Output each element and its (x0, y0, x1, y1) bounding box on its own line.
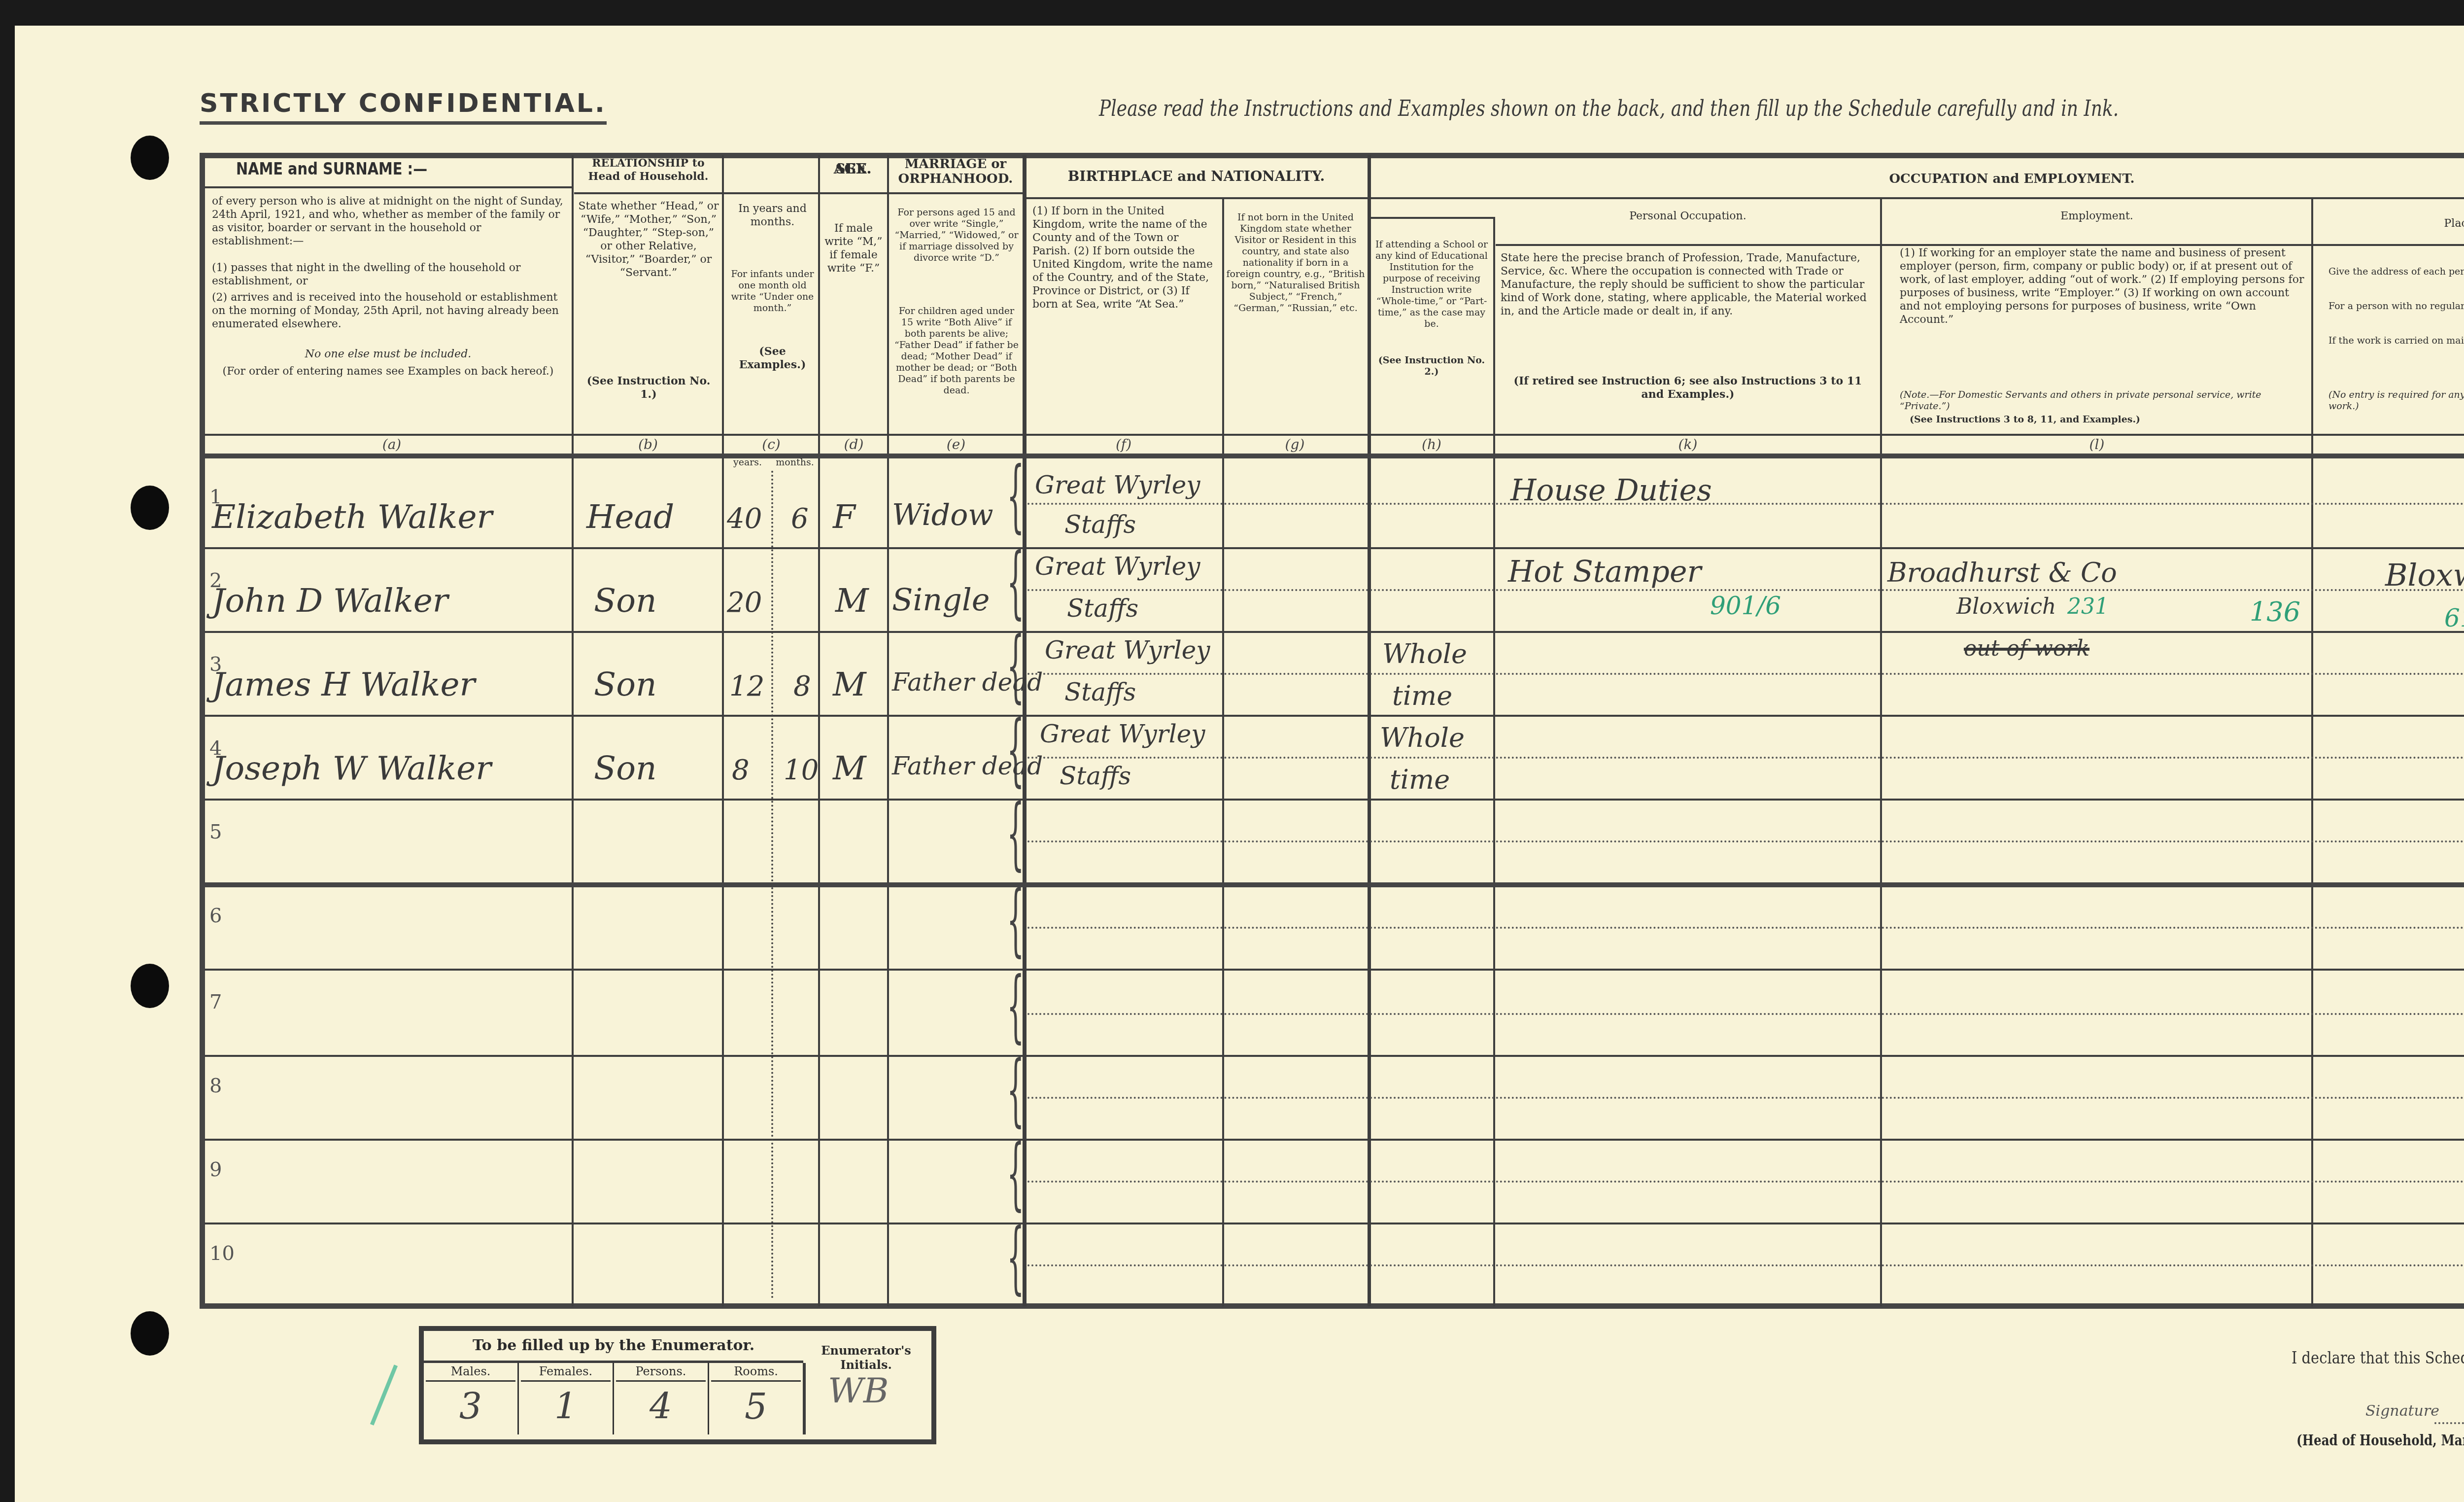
page-title: STRICTLY CONFIDENTIAL. (200, 89, 607, 125)
employment-status: out of work (1964, 636, 2089, 661)
relationship: Son (594, 582, 656, 620)
enumerator-initials: WB (828, 1370, 889, 1411)
signature-note: (Head of Household, Manager of Establish… (2296, 1432, 2464, 1449)
col-a-order: (For order of entering names see Example… (212, 365, 564, 378)
brace-glyph: { (1007, 1139, 1025, 1208)
males-cell: Males. 3 (424, 1363, 519, 1434)
col-k-title: Personal Occupation. (1496, 210, 1880, 223)
row-number: 5 (209, 821, 222, 843)
females-label: Females. (521, 1363, 611, 1382)
col-a-letter: (a) (212, 436, 572, 453)
signature-label: Signature (2365, 1402, 2439, 1420)
col-b-ref: (See Instruction No. 1.) (578, 375, 719, 401)
col-d-body: If male write “M,” if female write “F.” (822, 222, 885, 275)
col-h-letter: (h) (1370, 436, 1493, 453)
employer-location: Bloxwich (1956, 594, 2056, 619)
punch-hole (131, 1311, 169, 1356)
birthplace-county: Staffs (1060, 762, 1131, 790)
col-l-body: (1) If working for an employer state the… (1900, 246, 2306, 326)
punch-hole (131, 486, 169, 530)
birthplace-town: Great Wyrley (1045, 636, 1210, 664)
person-name: Joseph W Walker (212, 749, 491, 787)
col-b-title: RELATIONSHIP to Head of Household. (576, 157, 721, 183)
occupation-group-title: OCCUPATION and EMPLOYMENT. (1370, 170, 2464, 188)
brace-glyph: { (1007, 885, 1025, 954)
brace-glyph: { (1007, 461, 1025, 530)
age-months: 8 (793, 670, 811, 702)
place-of-work: Bloxwich (2385, 557, 2464, 593)
signature-line (2434, 1422, 2464, 1424)
rooms-label: Rooms. (711, 1363, 801, 1382)
col-c-body: In years and months. (729, 202, 816, 229)
col-a-item2: (2) arrives and is received into the hou… (212, 291, 564, 331)
brace-glyph: { (1007, 799, 1025, 868)
persons-cell: Persons. 4 (614, 1363, 709, 1434)
marriage-status: Father dead (892, 752, 1043, 780)
col-m-body3: If the work is carried on mainly at home… (2328, 335, 2464, 347)
col-a-title: NAME and SURNAME :— (236, 160, 454, 178)
col-d-title: SEX. (822, 160, 885, 178)
sex: F (833, 498, 856, 536)
employer-name: Broadhurst & Co (1887, 557, 2117, 588)
persons-value: 4 (614, 1382, 708, 1431)
females-cell: Females. 1 (519, 1363, 614, 1434)
occupation: Hot Stamper (1508, 555, 1701, 589)
persons-label: Persons. (616, 1363, 706, 1382)
relationship: Son (594, 749, 656, 787)
age-months: 10 (784, 754, 819, 786)
col-a-body: of every person who is alive at midnight… (212, 195, 564, 248)
col-l-ref: (See Instructions 3 to 8, 11, and Exampl… (1910, 414, 2306, 425)
col-l-letter: (l) (1882, 436, 2311, 453)
occupation: House Duties (1510, 473, 1712, 508)
sex: M (833, 665, 866, 703)
enumerator-initials-label: Enumerator's Initials. (808, 1343, 924, 1372)
occupation-code: 901/6 (1710, 592, 1781, 620)
col-m-title: Place of Work. (2314, 217, 2464, 230)
birthplace-county: Staffs (1064, 678, 1136, 706)
col-g-letter: (g) (1222, 436, 1368, 453)
row-number: 8 (209, 1075, 222, 1097)
birthplace-town: Great Wyrley (1035, 552, 1200, 581)
col-k-body: State here the precise branch of Profess… (1501, 251, 1875, 318)
education-status: Whole (1380, 722, 1465, 753)
col-k-ref: (If retired see Instruction 6; see also … (1501, 375, 1875, 401)
place-code: 6120/06 (2444, 604, 2464, 632)
person-name: John D Walker (212, 582, 448, 620)
rooms-cell: Rooms. 5 (709, 1363, 806, 1434)
sex: M (835, 582, 869, 620)
col-m-body2: For a person with no regular place of wo… (2328, 301, 2464, 312)
brace-glyph: { (1007, 547, 1025, 616)
row-number: 10 (209, 1242, 235, 1265)
col-e-body2: For children aged under 15 write “Both A… (892, 306, 1021, 396)
col-h-body: If attending a School or any kind of Edu… (1372, 239, 1491, 330)
females-value: 1 (519, 1382, 613, 1431)
relationship: Head (586, 498, 674, 536)
declaration-text: I declare that this Schedule is correctl… (2292, 1348, 2464, 1368)
age-months-label: months. (773, 457, 817, 468)
col-m-note: (No entry is required for any person who… (2328, 389, 2464, 412)
row-number: 9 (209, 1158, 222, 1181)
birthplace-group-title: BIRTHPLACE and NATIONALITY. (1025, 168, 1368, 185)
employment-code-2: 136 (2250, 596, 2300, 628)
row-number: 6 (209, 905, 222, 927)
col-c-infants: For infants under one month old write “U… (729, 269, 816, 314)
instructions-line: Please read the Instructions and Example… (1099, 96, 2119, 121)
col-m-body1: Give the address of each person's place … (2328, 266, 2464, 278)
col-c-letter: (c) (724, 436, 818, 453)
col-c-ref: (See Examples.) (729, 345, 816, 372)
birthplace-county: Staffs (1064, 510, 1136, 539)
col-b-body: State whether “Head,” or “Wife,” “Mother… (578, 200, 719, 279)
relationship: Son (594, 665, 656, 703)
col-m-letter: (m) (2314, 436, 2464, 453)
marriage-status: Father dead (892, 668, 1043, 697)
enumerator-box-heading: To be filled up by the Enumerator. (424, 1331, 803, 1363)
col-g-body: If not born in the United Kingdom state … (1226, 212, 1365, 314)
employment-code: 231 (2067, 594, 2109, 619)
col-e-body1: For persons aged 15 and over write “Sing… (892, 207, 1021, 264)
punch-hole (131, 136, 169, 180)
brace-glyph: { (1007, 1055, 1025, 1124)
rooms-value: 5 (709, 1382, 803, 1431)
birthplace-town: Great Wyrley (1040, 720, 1205, 748)
education-status-2: time (1390, 764, 1450, 795)
education-status: Whole (1382, 638, 1467, 669)
person-name: James H Walker (212, 665, 475, 703)
age-years: 12 (729, 670, 764, 702)
col-d-letter: (d) (821, 436, 887, 453)
birthplace-town: Great Wyrley (1035, 471, 1200, 499)
birthplace-county: Staffs (1067, 594, 1138, 623)
age-years: 8 (732, 754, 750, 786)
col-k-letter: (k) (1496, 436, 1880, 453)
col-e-letter: (e) (890, 436, 1023, 453)
col-l-title: Employment. (1882, 210, 2311, 223)
col-a-item1: (1) passes that night in the dwelling of… (212, 261, 564, 288)
col-f-letter: (f) (1025, 436, 1222, 453)
age-months: 6 (791, 503, 809, 535)
brace-glyph: { (1007, 1223, 1025, 1292)
education-status-2: time (1392, 680, 1452, 711)
col-e-title: MARRIAGE or ORPHANHOOD. (891, 157, 1020, 186)
males-label: Males. (426, 1363, 515, 1382)
col-b-letter: (b) (574, 436, 722, 453)
person-name: Elizabeth Walker (212, 498, 492, 536)
age-years: 40 (727, 503, 762, 535)
sex: M (833, 749, 866, 787)
row-number: 7 (209, 991, 222, 1013)
age-years: 20 (727, 587, 762, 619)
enumerator-totals-box: To be filled up by the Enumerator. Males… (419, 1326, 936, 1444)
males-value: 3 (424, 1382, 517, 1431)
punch-hole (131, 964, 169, 1008)
col-a-note: No one else must be included. (212, 348, 564, 361)
col-h-ref: (See Instruction No. 2.) (1372, 355, 1491, 378)
age-years-label: years. (725, 457, 770, 468)
col-f-body: (1) If born in the United Kingdom, write… (1032, 205, 1217, 311)
col-l-note: (Note.—For Domestic Servants and others … (1900, 389, 2306, 412)
marriage-status: Widow (892, 498, 993, 532)
marriage-status: Single (892, 582, 990, 618)
brace-glyph: { (1007, 971, 1025, 1040)
